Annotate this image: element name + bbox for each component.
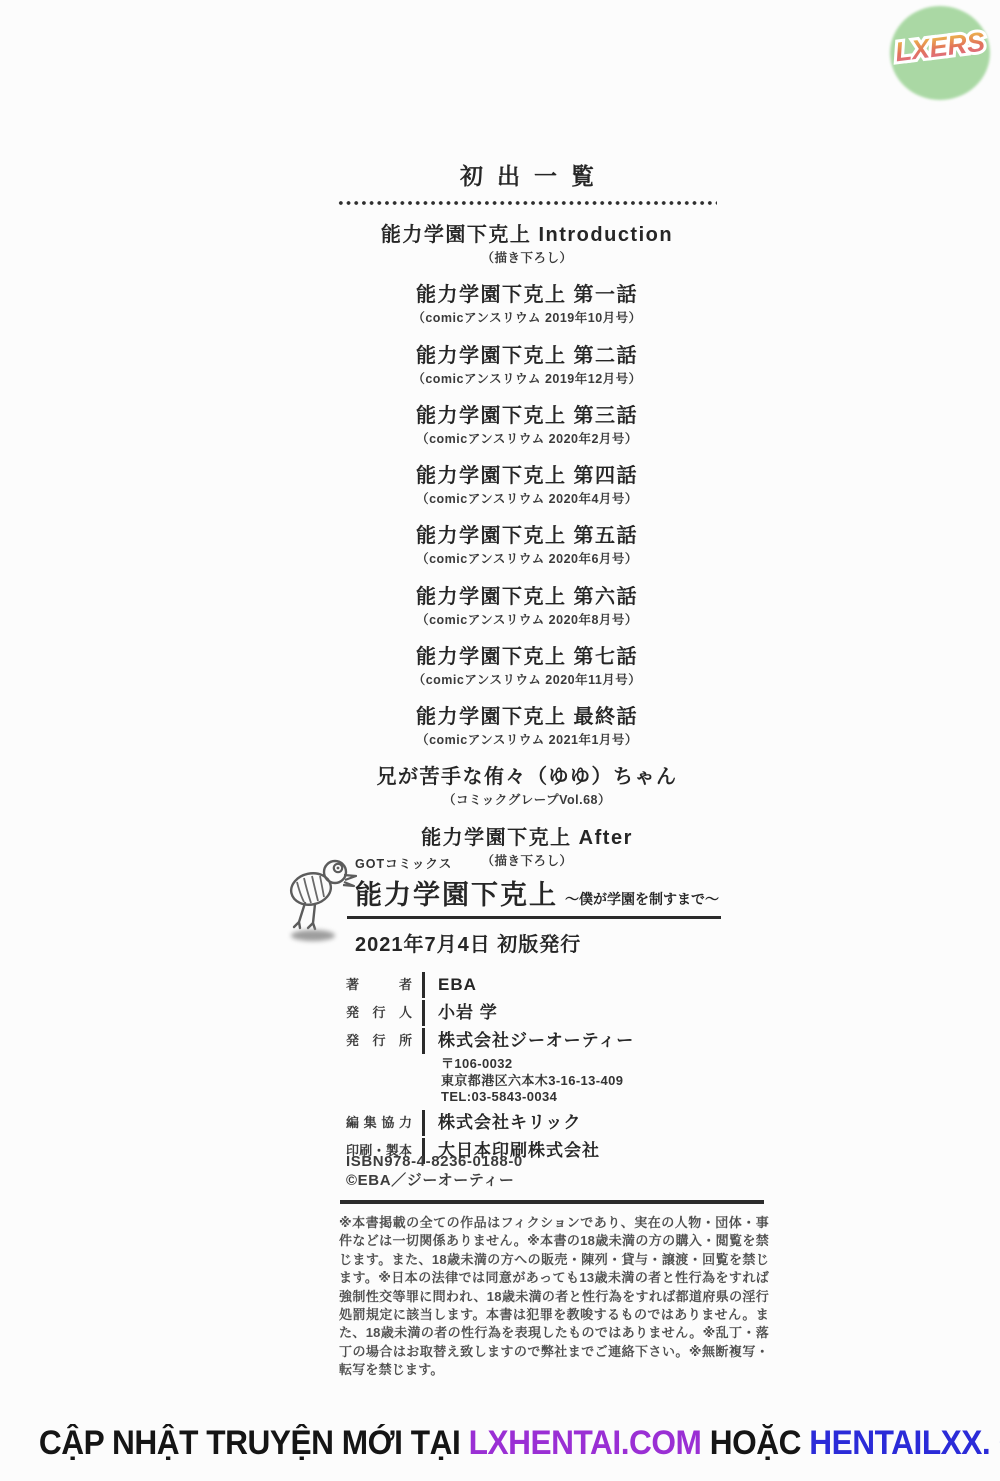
disclaimer-divider (340, 1200, 764, 1204)
entry-note: （comicアンスリウム 2020年11月号） (297, 672, 757, 688)
entry-note: （comicアンスリウム 2020年4月号） (297, 491, 757, 507)
colophon-label: 発行人 (346, 1000, 412, 1026)
list-item: 能力学園下克上 第七話 （comicアンスリウム 2020年11月号） (297, 645, 757, 688)
section-heading: 初出一覧 (297, 158, 757, 191)
imprint-label: GOTコミックス (355, 854, 762, 872)
list-item: 兄が苦手な侑々（ゆゆ）ちゃん （コミックグレープVol.68） (297, 765, 757, 808)
entry-note: （comicアンスリウム 2020年8月号） (297, 612, 757, 628)
title-underline (347, 916, 721, 919)
entry-title: 能力学園下克上 Introduction (297, 223, 757, 247)
dotted-divider (337, 200, 717, 206)
book-header: GOTコミックス 能力学園下克上 ～僕が学園を制すまで～ 2021年7月4日 初… (287, 854, 762, 957)
entry-title: 能力学園下克上 第二話 (297, 344, 757, 368)
book-title: 能力学園下克上 (355, 873, 558, 912)
entry-title: 能力学園下克上 第四話 (297, 464, 757, 488)
colophon-value: 小岩 学 (422, 1000, 498, 1026)
colophon-label: 著者 (346, 972, 412, 998)
lxhentai-link[interactable]: LXHENTAI.COM (469, 1424, 702, 1462)
entry-note: （comicアンスリウム 2019年12月号） (297, 371, 757, 387)
table-row: 発行所 株式会社ジーオーティー (346, 1028, 766, 1054)
entry-note: （comicアンスリウム 2020年6月号） (297, 551, 757, 567)
entry-title: 能力学園下克上 最終話 (297, 705, 757, 729)
translator-footer: CẬP NHẬT TRUYỆN MỚI TẠI LXHENTAI.COM HOẶ… (0, 1424, 1000, 1463)
postal-code: 〒106-0032 (441, 1056, 766, 1073)
publication-entries: 能力学園下克上 Introduction （描き下ろし） 能力学園下克上 第一話… (297, 223, 757, 869)
footer-text-prefix: CẬP NHẬT TRUYỆN MỚI TẠI (39, 1424, 469, 1462)
book-title-block: GOTコミックス 能力学園下克上 ～僕が学園を制すまで～ 2021年7月4日 初… (355, 854, 762, 957)
isbn-number: ISBN978-4-8236-0188-0 (346, 1152, 523, 1171)
copyright-line: ©EBA／ジーオーティー (346, 1171, 523, 1190)
publisher-address: 〒106-0032 東京都港区六本木3-16-13-409 TEL:03-584… (441, 1056, 766, 1106)
list-item: 能力学園下克上 第二話 （comicアンスリウム 2019年12月号） (297, 344, 757, 387)
colophon-value: EBA (422, 972, 477, 998)
colophon-label: 発行所 (346, 1028, 412, 1054)
isbn-block: ISBN978-4-8236-0188-0 ©EBA／ジーオーティー (346, 1152, 523, 1190)
bird-shadow (291, 930, 335, 941)
list-item: 能力学園下克上 第一話 （comicアンスリウム 2019年10月号） (297, 283, 757, 326)
first-publication-section: 初出一覧 能力学園下克上 Introduction （描き下ろし） 能力学園下克… (297, 158, 757, 886)
list-item: 能力学園下克上 第四話 （comicアンスリウム 2020年4月号） (297, 464, 757, 507)
street-address: 東京都港区六本木3-16-13-409 (441, 1073, 766, 1090)
entry-note: （comicアンスリウム 2021年1月号） (297, 732, 757, 748)
table-row: 発行人 小岩 学 (346, 1000, 766, 1026)
colophon-table: 著者 EBA 発行人 小岩 学 発行所 株式会社ジーオーティー 〒106-003… (346, 972, 766, 1166)
telephone: TEL:03-5843-0034 (441, 1089, 766, 1106)
list-item: 能力学園下克上 第六話 （comicアンスリウム 2020年8月号） (297, 585, 757, 628)
entry-note: （comicアンスリウム 2020年2月号） (297, 431, 757, 447)
colophon-value: 株式会社キリック (422, 1110, 581, 1136)
entry-title: 能力学園下克上 第七話 (297, 645, 757, 669)
colophon-page: LXERS LXERS 初出一覧 能力学園下克上 Introduction （描… (0, 0, 1000, 1481)
colophon-value: 株式会社ジーオーティー (422, 1028, 634, 1054)
legal-disclaimer: ※本書掲載の全ての作品はフィクションであり、実在の人物・団体・事件などは一切関係… (339, 1214, 769, 1380)
footer-text-middle: HOẶC (701, 1424, 809, 1462)
table-row: 著者 EBA (346, 972, 766, 998)
edition-date: 2021年7月4日 初版発行 (355, 928, 762, 957)
entry-title: 能力学園下克上 第五話 (297, 524, 757, 548)
entry-title: 兄が苦手な侑々（ゆゆ）ちゃん (297, 765, 757, 789)
list-item: 能力学園下克上 第五話 （comicアンスリウム 2020年6月号） (297, 524, 757, 567)
hentailxx-link[interactable]: HENTAILXX. COM (809, 1424, 1000, 1462)
list-item: 能力学園下克上 Introduction （描き下ろし） (297, 223, 757, 266)
colophon-label: 編集協力 (346, 1110, 412, 1136)
entry-title: 能力学園下克上 After (297, 826, 757, 850)
list-item: 能力学園下克上 第三話 （comicアンスリウム 2020年2月号） (297, 404, 757, 447)
book-subtitle: ～僕が学園を制すまで～ (565, 889, 719, 909)
list-item: 能力学園下克上 最終話 （comicアンスリウム 2021年1月号） (297, 705, 757, 748)
table-row: 編集協力 株式会社キリック (346, 1110, 766, 1136)
entry-note: （描き下ろし） (297, 250, 757, 266)
entry-note: （comicアンスリウム 2019年10月号） (297, 310, 757, 326)
bird-doodle-icon (287, 856, 357, 932)
entry-note: （コミックグレープVol.68） (297, 792, 757, 808)
lxers-logo: LXERS LXERS (890, 6, 990, 100)
entry-title: 能力学園下克上 第一話 (297, 283, 757, 307)
entry-title: 能力学園下克上 第三話 (297, 404, 757, 428)
entry-title: 能力学園下克上 第六話 (297, 585, 757, 609)
